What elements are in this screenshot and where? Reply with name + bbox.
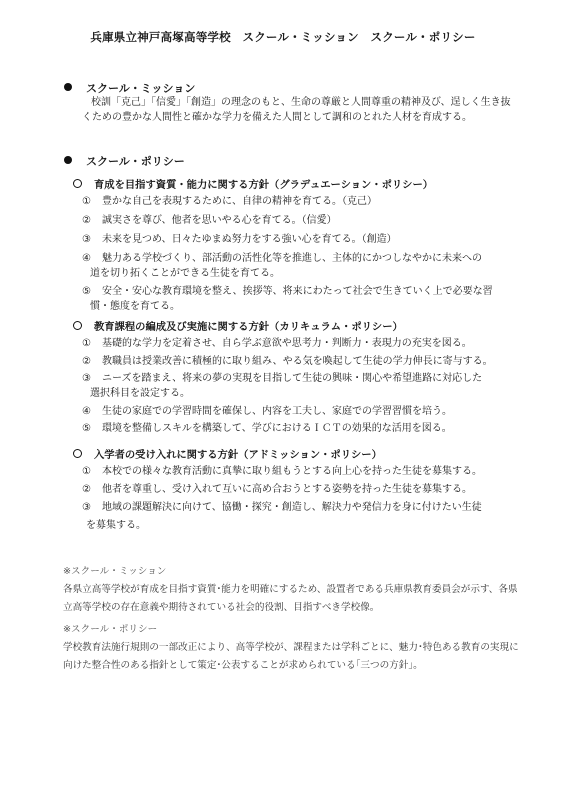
list-item: ④魅力ある学校づくり、部活動の活性化等を推進し、主体的にかつしなやかに未来への道… <box>82 252 518 281</box>
item-text: 環境を整備しスキルを構築して、学びにおけるＩＣＴの効果的な活用を図る。 <box>102 423 452 434</box>
item-number: ⑤ <box>82 422 102 437</box>
item-number: ③ <box>82 372 102 387</box>
list-item: ②他者を尊重し、受け入れて互いに高め合おうとする姿勢を持った生徒を募集する。 <box>82 483 518 498</box>
section-heading-text: スクール・ミッション <box>86 82 195 95</box>
item-text-continued: を募集する。 <box>82 519 518 534</box>
hollow-circle-bullet-icon <box>73 321 82 330</box>
item-text: 地域の課題解決に向けて、協働・探究・創造し、解決力や発信力を身に付けたい生徒 <box>102 502 482 513</box>
list-item: ③地域の課題解決に向けて、協働・探究・創造し、解決力や発信力を身に付けたい生徒を… <box>82 501 518 533</box>
list-item: ②教職員は授業改善に積極的に取り組み、やる気を喚起して生徒の学力伸長に寄与する。 <box>82 355 518 370</box>
item-number: ② <box>82 214 102 229</box>
item-text: 豊かな自己を表現するために、自律の精神を育てる。（克己） <box>102 196 377 207</box>
hollow-circle-bullet-icon <box>73 449 82 458</box>
item-number: ① <box>82 465 102 480</box>
section-heading-policy: スクール・ポリシー <box>64 153 185 169</box>
item-text: ニーズを踏まえ、将来の夢の実現を目指して生徒の興味・関心や希望進路に対応した <box>102 373 482 384</box>
page-title: 兵庫県立神戸高塚高等学校 スクール・ミッション スクール・ポリシー <box>0 29 566 45</box>
item-number: ③ <box>82 501 102 516</box>
item-text: 生徒の家庭での学習時間を確保し、内容を工夫し、家庭での学習習慣を培う。 <box>102 406 452 417</box>
filled-circle-bullet-icon <box>64 83 72 91</box>
item-number: ② <box>82 483 102 498</box>
list-item: ①基礎的な学力を定着させ、自ら学ぶ意欲や思考力・判断力・表現力の充実を図る。 <box>82 337 518 352</box>
item-text: 教職員は授業改善に積極的に取り組み、やる気を喚起して生徒の学力伸長に寄与する。 <box>102 356 493 367</box>
subheading-graduation-policy: 育成を目指す資質・能力に関する方針（グラデュエーション・ポリシー） <box>73 176 433 191</box>
subheading-text: 育成を目指す資質・能力に関する方針（グラデュエーション・ポリシー） <box>94 179 433 191</box>
list-item: ③ニーズを踏まえ、将来の夢の実現を目指して生徒の興味・関心や希望進路に対応した選… <box>82 372 518 401</box>
item-number: ④ <box>82 405 102 420</box>
section-heading-text: スクール・ポリシー <box>86 155 185 168</box>
note-school-policy: ※スクール・ポリシー 学校教育法施行規則の一部改正により、高等学校が、課程または… <box>63 621 523 675</box>
item-text: 他者を尊重し、受け入れて互いに高め合おうとする姿勢を持った生徒を募集する。 <box>102 484 472 495</box>
note-text: 各県立高等学校が育成を目指す資質･能力を明確にするため、設置者である兵庫県教育委… <box>63 581 523 617</box>
list-item: ⑤安全・安心な教育環境を整え、挨拶等、将来にわたって社会で生きていく上で必要な習… <box>82 285 518 314</box>
item-text: 未来を見つめ、日々たゆまぬ努力をする強い心を育てる。（創造） <box>102 234 397 245</box>
hollow-circle-bullet-icon <box>73 179 82 188</box>
item-text: 基礎的な学力を定着させ、自ら学ぶ意欲や思考力・判断力・表現力の充実を図る。 <box>102 338 472 349</box>
subheading-admission-policy: 入学者の受け入れに関する方針（アドミッション・ポリシー） <box>73 446 382 461</box>
subheading-text: 教育課程の編成及び実施に関する方針（カリキュラム・ポリシー） <box>94 321 403 333</box>
note-text: 学校教育法施行規則の一部改正により、高等学校が、課程または学科ごとに、魅力･特色… <box>63 639 523 675</box>
note-school-mission: ※スクール・ミッション 各県立高等学校が育成を目指す資質･能力を明確にするため、… <box>63 563 523 617</box>
item-text-continued: 慣・態度を育てる。 <box>82 300 518 315</box>
item-text: 魅力ある学校づくり、部活動の活性化等を推進し、主体的にかつしなやかに未来への <box>102 253 482 264</box>
item-text-continued: 選択科目を設定する。 <box>82 387 518 402</box>
mission-body: 校訓「克己」「信愛」「創造」の理念のもと、生命の尊厳と人間尊重の精神及び、逞しく… <box>82 95 514 125</box>
item-number: ① <box>82 195 102 210</box>
item-text: 本校での様々な教育活動に真摯に取り組もうとする向上心を持った生徒を募集する。 <box>102 466 482 477</box>
list-item: ①本校での様々な教育活動に真摯に取り組もうとする向上心を持った生徒を募集する。 <box>82 465 518 480</box>
list-item: ②誠実さを尊び、他者を思いやる心を育てる。（信愛） <box>82 214 518 229</box>
subheading-curriculum-policy: 教育課程の編成及び実施に関する方針（カリキュラム・ポリシー） <box>73 318 403 333</box>
item-number: ① <box>82 337 102 352</box>
list-item: ④生徒の家庭での学習時間を確保し、内容を工夫し、家庭での学習習慣を培う。 <box>82 405 518 420</box>
item-number: ③ <box>82 233 102 248</box>
subheading-text: 入学者の受け入れに関する方針（アドミッション・ポリシー） <box>94 449 382 461</box>
list-item: ①豊かな自己を表現するために、自律の精神を育てる。（克己） <box>82 195 518 210</box>
item-number: ④ <box>82 252 102 267</box>
item-text: 安全・安心な教育環境を整え、挨拶等、将来にわたって社会で生きていく上で必要な習 <box>102 286 493 297</box>
section-heading-mission: スクール・ミッション <box>64 80 195 96</box>
item-number: ⑤ <box>82 285 102 300</box>
note-label: ※スクール・ミッション <box>63 563 523 581</box>
item-text: 誠実さを尊び、他者を思いやる心を育てる。（信愛） <box>102 215 337 226</box>
filled-circle-bullet-icon <box>64 156 72 164</box>
item-number: ② <box>82 355 102 370</box>
list-item: ⑤環境を整備しスキルを構築して、学びにおけるＩＣＴの効果的な活用を図る。 <box>82 422 518 437</box>
item-text-continued: 道を切り拓くことができる生徒を育てる。 <box>82 267 518 282</box>
list-item: ③未来を見つめ、日々たゆまぬ努力をする強い心を育てる。（創造） <box>82 233 518 248</box>
note-label: ※スクール・ポリシー <box>63 621 523 639</box>
